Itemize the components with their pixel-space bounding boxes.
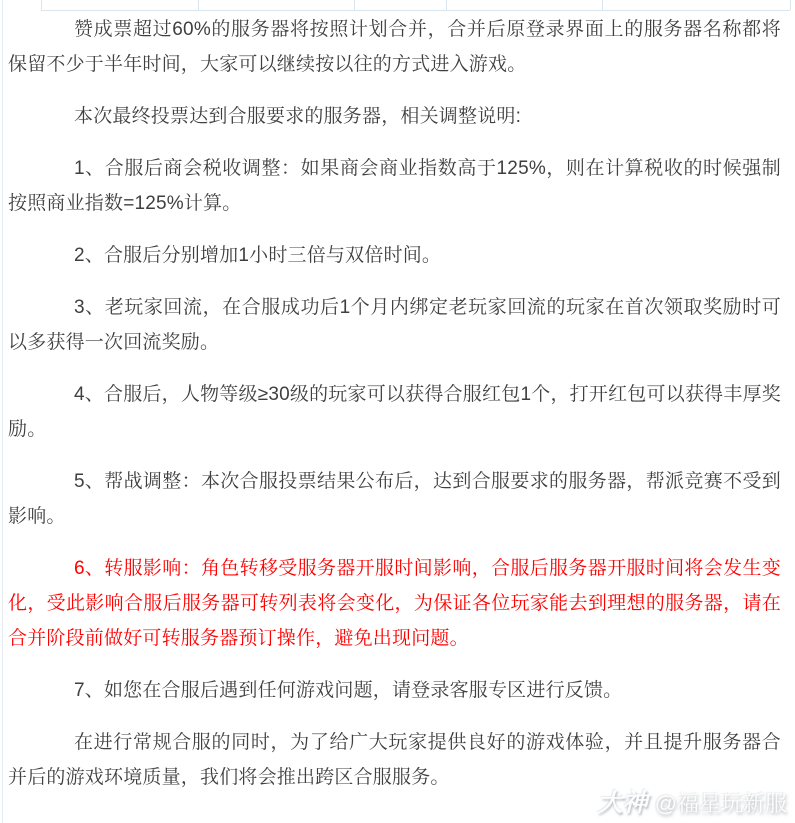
- announcement-page: 赞成票超过60%的服务器将按照计划合并，合并后原登录界面上的服务器名称都将保留不…: [0, 0, 795, 823]
- announcement-body: 赞成票超过60%的服务器将按照计划合并，合并后原登录界面上的服务器名称都将保留不…: [0, 12, 795, 812]
- paragraph-item-4-red-packet: 4、合服后，人物等级≥30级的玩家可以获得合服红包1个，打开红包可以获得丰厚奖励…: [8, 377, 781, 447]
- table-column-border: [354, 0, 355, 10]
- table-column-border: [790, 0, 791, 10]
- paragraph-item-1-guild-tax: 1、合服后商会税收调整：如果商会商业指数高于125%，则在计算税收的时候强制按照…: [8, 151, 781, 221]
- table-column-border: [602, 0, 603, 10]
- paragraph-adjustment-intro: 本次最终投票达到合服要求的服务器，相关调整说明:: [8, 99, 781, 134]
- paragraph-item-2-bonus-time: 2、合服后分别增加1小时三倍与双倍时间。: [8, 238, 781, 273]
- paragraph-item-7-feedback: 7、如您在合服后遇到任何游戏问题，请登录客服专区进行反馈。: [8, 673, 781, 708]
- table-column-border: [41, 0, 42, 10]
- paragraph-closing-cross-zone: 在进行常规合服的同时，为了给广大玩家提供良好的游戏体验，并且提升服务器合并后的游…: [8, 725, 781, 795]
- paragraph-item-3-returning-players: 3、老玩家回流，在合服成功后1个月内绑定老玩家回流的玩家在首次领取奖励时可以多获…: [8, 290, 781, 360]
- table-bottom-border: [41, 10, 790, 11]
- table-column-border: [446, 0, 447, 10]
- paragraph-intro-merge-plan: 赞成票超过60%的服务器将按照计划合并，合并后原登录界面上的服务器名称都将保留不…: [8, 12, 781, 82]
- clipped-table-bottom-edge: [0, 0, 795, 11]
- paragraph-item-5-guild-war: 5、帮战调整：本次合服投票结果公布后，达到合服要求的服务器，帮派竞赛不受到影响。: [8, 464, 781, 534]
- table-column-border: [198, 0, 199, 10]
- paragraph-item-6-transfer-warning: 6、转服影响：角色转移受服务器开服时间影响，合服后服务器开服时间将会发生变化，受…: [8, 551, 781, 656]
